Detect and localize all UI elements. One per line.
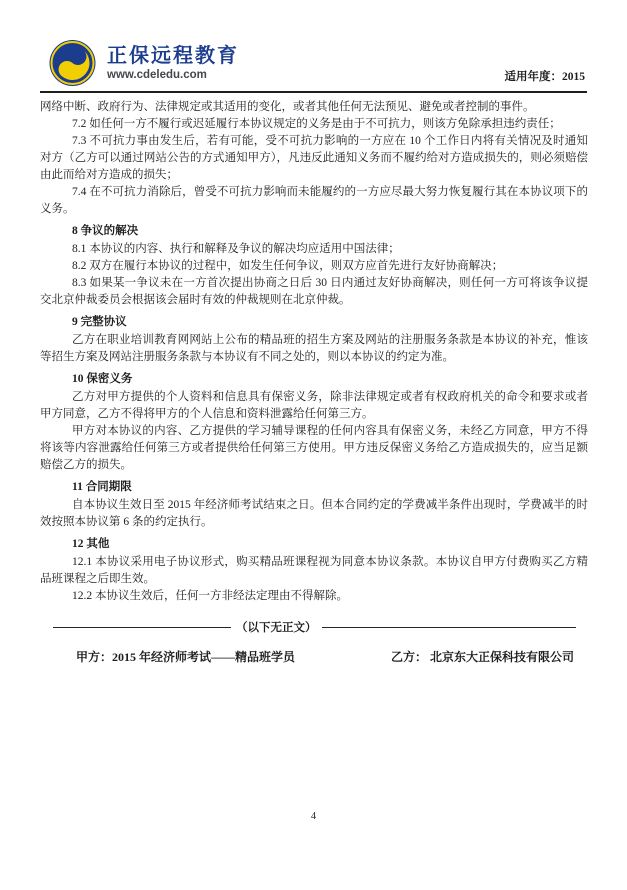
clause-12-2: 12.2 本协议生效后，任何一方非经法定理由不得解除。 (40, 588, 588, 605)
brand-logo: 正保远程教育 www.cdeledu.com (48, 39, 239, 87)
section-11-heading: 11 合同期限 (40, 479, 588, 496)
divider-line-right (322, 627, 577, 628)
clause-8-1: 8.1 本协议的内容、执行和解释及争议的解决均应适用中国法律； (40, 241, 588, 258)
clause-11: 自本协议生效日至 2015 年经济师考试结束之日。但本合同约定的学费减半条件出现… (40, 497, 588, 531)
section-10-heading: 10 保密义务 (40, 371, 588, 388)
signature-row: 甲方：2015 年经济师考试——精品班学员 乙方： 北京东大正保科技有限公司 (76, 648, 574, 665)
applicable-year-label: 适用年度：2015 (505, 68, 586, 87)
clause-continuation: 网络中断、政府行为、法律规定或其适用的变化，或者其他任何无法预见、避免或者控制的… (40, 99, 588, 116)
brand-text: 正保远程教育 www.cdeledu.com (107, 45, 239, 81)
clause-12-1: 12.1 本协议采用电子协议形式，购买精品班课程视为同意本协议条款。本协议自甲方… (40, 554, 588, 588)
clause-8-3: 8.3 如果某一争议未在一方首次提出协商之日后 30 日内通过友好协商解决，则任… (40, 275, 588, 309)
clause-7-4: 7.4 在不可抗力消除后，曾受不可抗力影响而未能履约的一方应尽最大努力恢复履行其… (40, 184, 588, 218)
clause-7-3: 7.3 不可抗力事由发生后，若有可能，受不可抗力影响的一方应在 10 个工作日内… (40, 133, 588, 184)
party-b-label: 乙方： 北京东大正保科技有限公司 (391, 648, 574, 665)
contract-page: 正保远程教育 www.cdeledu.com 适用年度：2015 网络中断、政府… (0, 0, 627, 890)
page-number: 4 (0, 811, 627, 822)
clause-9: 乙方在职业培训教育网网站上公布的精品班的招生方案及网站的注册服务条款是本协议的补… (40, 332, 588, 366)
page-header: 正保远程教育 www.cdeledu.com 适用年度：2015 (0, 0, 627, 87)
section-12-heading: 12 其他 (40, 536, 588, 553)
clause-10-2: 甲方对本协议的内容、乙方提供的学习辅导课程的任何内容具有保密义务，未经乙方同意，… (40, 423, 588, 474)
clause-10-1: 乙方对甲方提供的个人资料和信息具有保密义务，除非法律规定或者有权政府机关的命令和… (40, 389, 588, 423)
divider-line-left (53, 627, 231, 628)
brand-name: 正保远程教育 (107, 45, 239, 68)
contract-body: 网络中断、政府行为、法律规定或其适用的变化，或者其他任何无法预见、避免或者控制的… (0, 93, 627, 605)
clause-8-2: 8.2 双方在履行本协议的过程中，如发生任何争议，则双方应首先进行友好协商解决； (40, 258, 588, 275)
party-a-label: 甲方：2015 年经济师考试——精品班学员 (76, 648, 295, 665)
brand-logo-icon (48, 39, 97, 87)
no-text-divider: （以下无正文） (53, 619, 576, 635)
section-8-heading: 8 争议的解决 (40, 223, 588, 240)
clause-7-2: 7.2 如任何一方不履行或迟延履行本协议规定的义务是由于不可抗力，则该方免除承担… (40, 116, 588, 133)
no-text-marker: （以下无正文） (231, 619, 322, 635)
brand-website: www.cdeledu.com (107, 69, 239, 81)
section-9-heading: 9 完整协议 (40, 314, 588, 331)
